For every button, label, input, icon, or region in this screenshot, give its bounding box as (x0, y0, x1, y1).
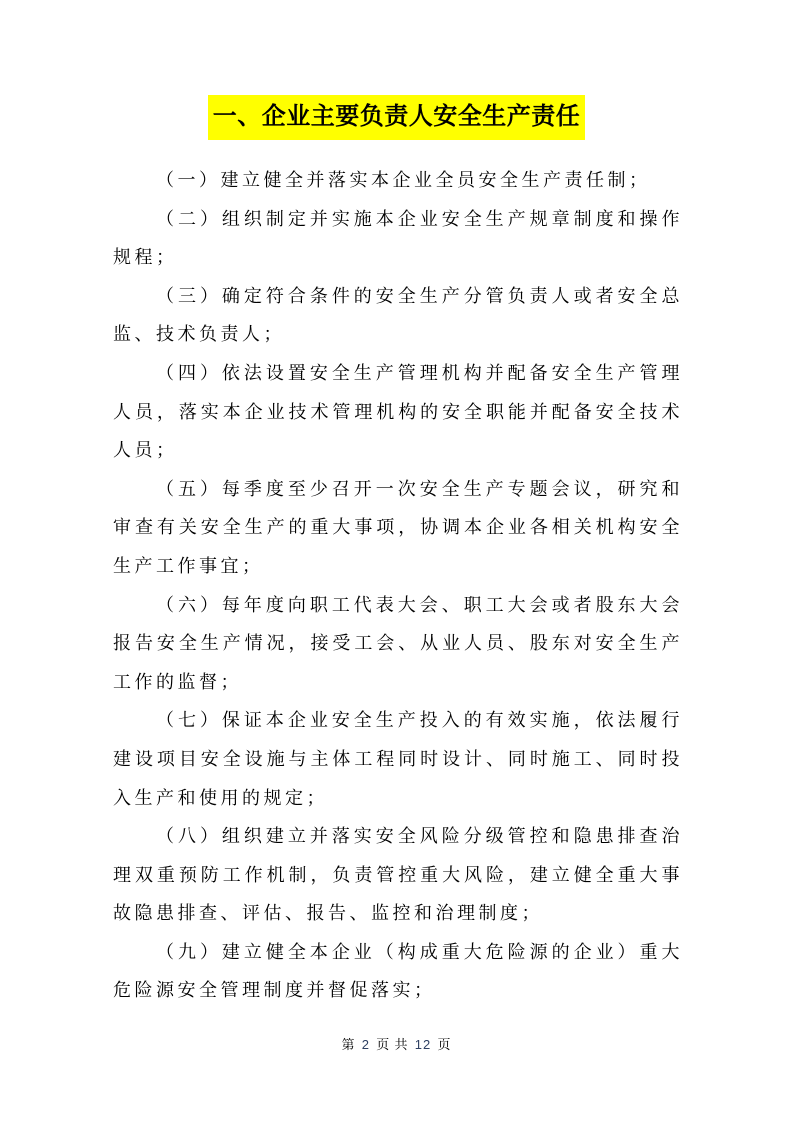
footer-infix: 页 共 (376, 1037, 408, 1052)
footer-suffix: 页 (437, 1037, 451, 1052)
body-paragraph: （八）组织建立并落实安全风险分级管控和隐患排查治理双重预防工作机制，负责管控重大… (113, 817, 683, 933)
footer-prefix: 第 (342, 1037, 356, 1052)
page-footer: 第 2 页 共 12 页 (0, 1035, 793, 1055)
body-paragraph: （五）每季度至少召开一次安全生产专题会议，研究和审查有关安全生产的重大事项，协调… (113, 470, 683, 586)
document-body: （一）建立健全并落实本企业全员安全生产责任制； （二）组织制定并实施本企业安全生… (113, 161, 683, 1010)
body-paragraph: （二）组织制定并实施本企业安全生产规章制度和操作规程； (113, 200, 683, 277)
document-page: 一、企业主要负责人安全生产责任 （一）建立健全并落实本企业全员安全生产责任制； … (0, 0, 793, 1122)
body-paragraph: （六）每年度向职工代表大会、职工大会或者股东大会报告安全生产情况，接受工会、从业… (113, 586, 683, 702)
body-paragraph: （三）确定符合条件的安全生产分管负责人或者安全总监、技术负责人； (113, 277, 683, 354)
section-title: 一、企业主要负责人安全生产责任 (208, 95, 586, 140)
body-paragraph: （九）建立健全本企业（构成重大危险源的企业）重大危险源安全管理制度并督促落实； (113, 933, 683, 1010)
body-paragraph: （四）依法设置安全生产管理机构并配备安全生产管理人员，落实本企业技术管理机构的安… (113, 354, 683, 470)
footer-page-number: 2 (362, 1037, 370, 1052)
footer-total-pages: 12 (415, 1037, 431, 1052)
title-row: 一、企业主要负责人安全生产责任 (0, 95, 793, 140)
body-paragraph: （七）保证本企业安全生产投入的有效实施，依法履行建设项目安全设施与主体工程同时设… (113, 701, 683, 817)
body-paragraph: （一）建立健全并落实本企业全员安全生产责任制； (113, 161, 683, 200)
